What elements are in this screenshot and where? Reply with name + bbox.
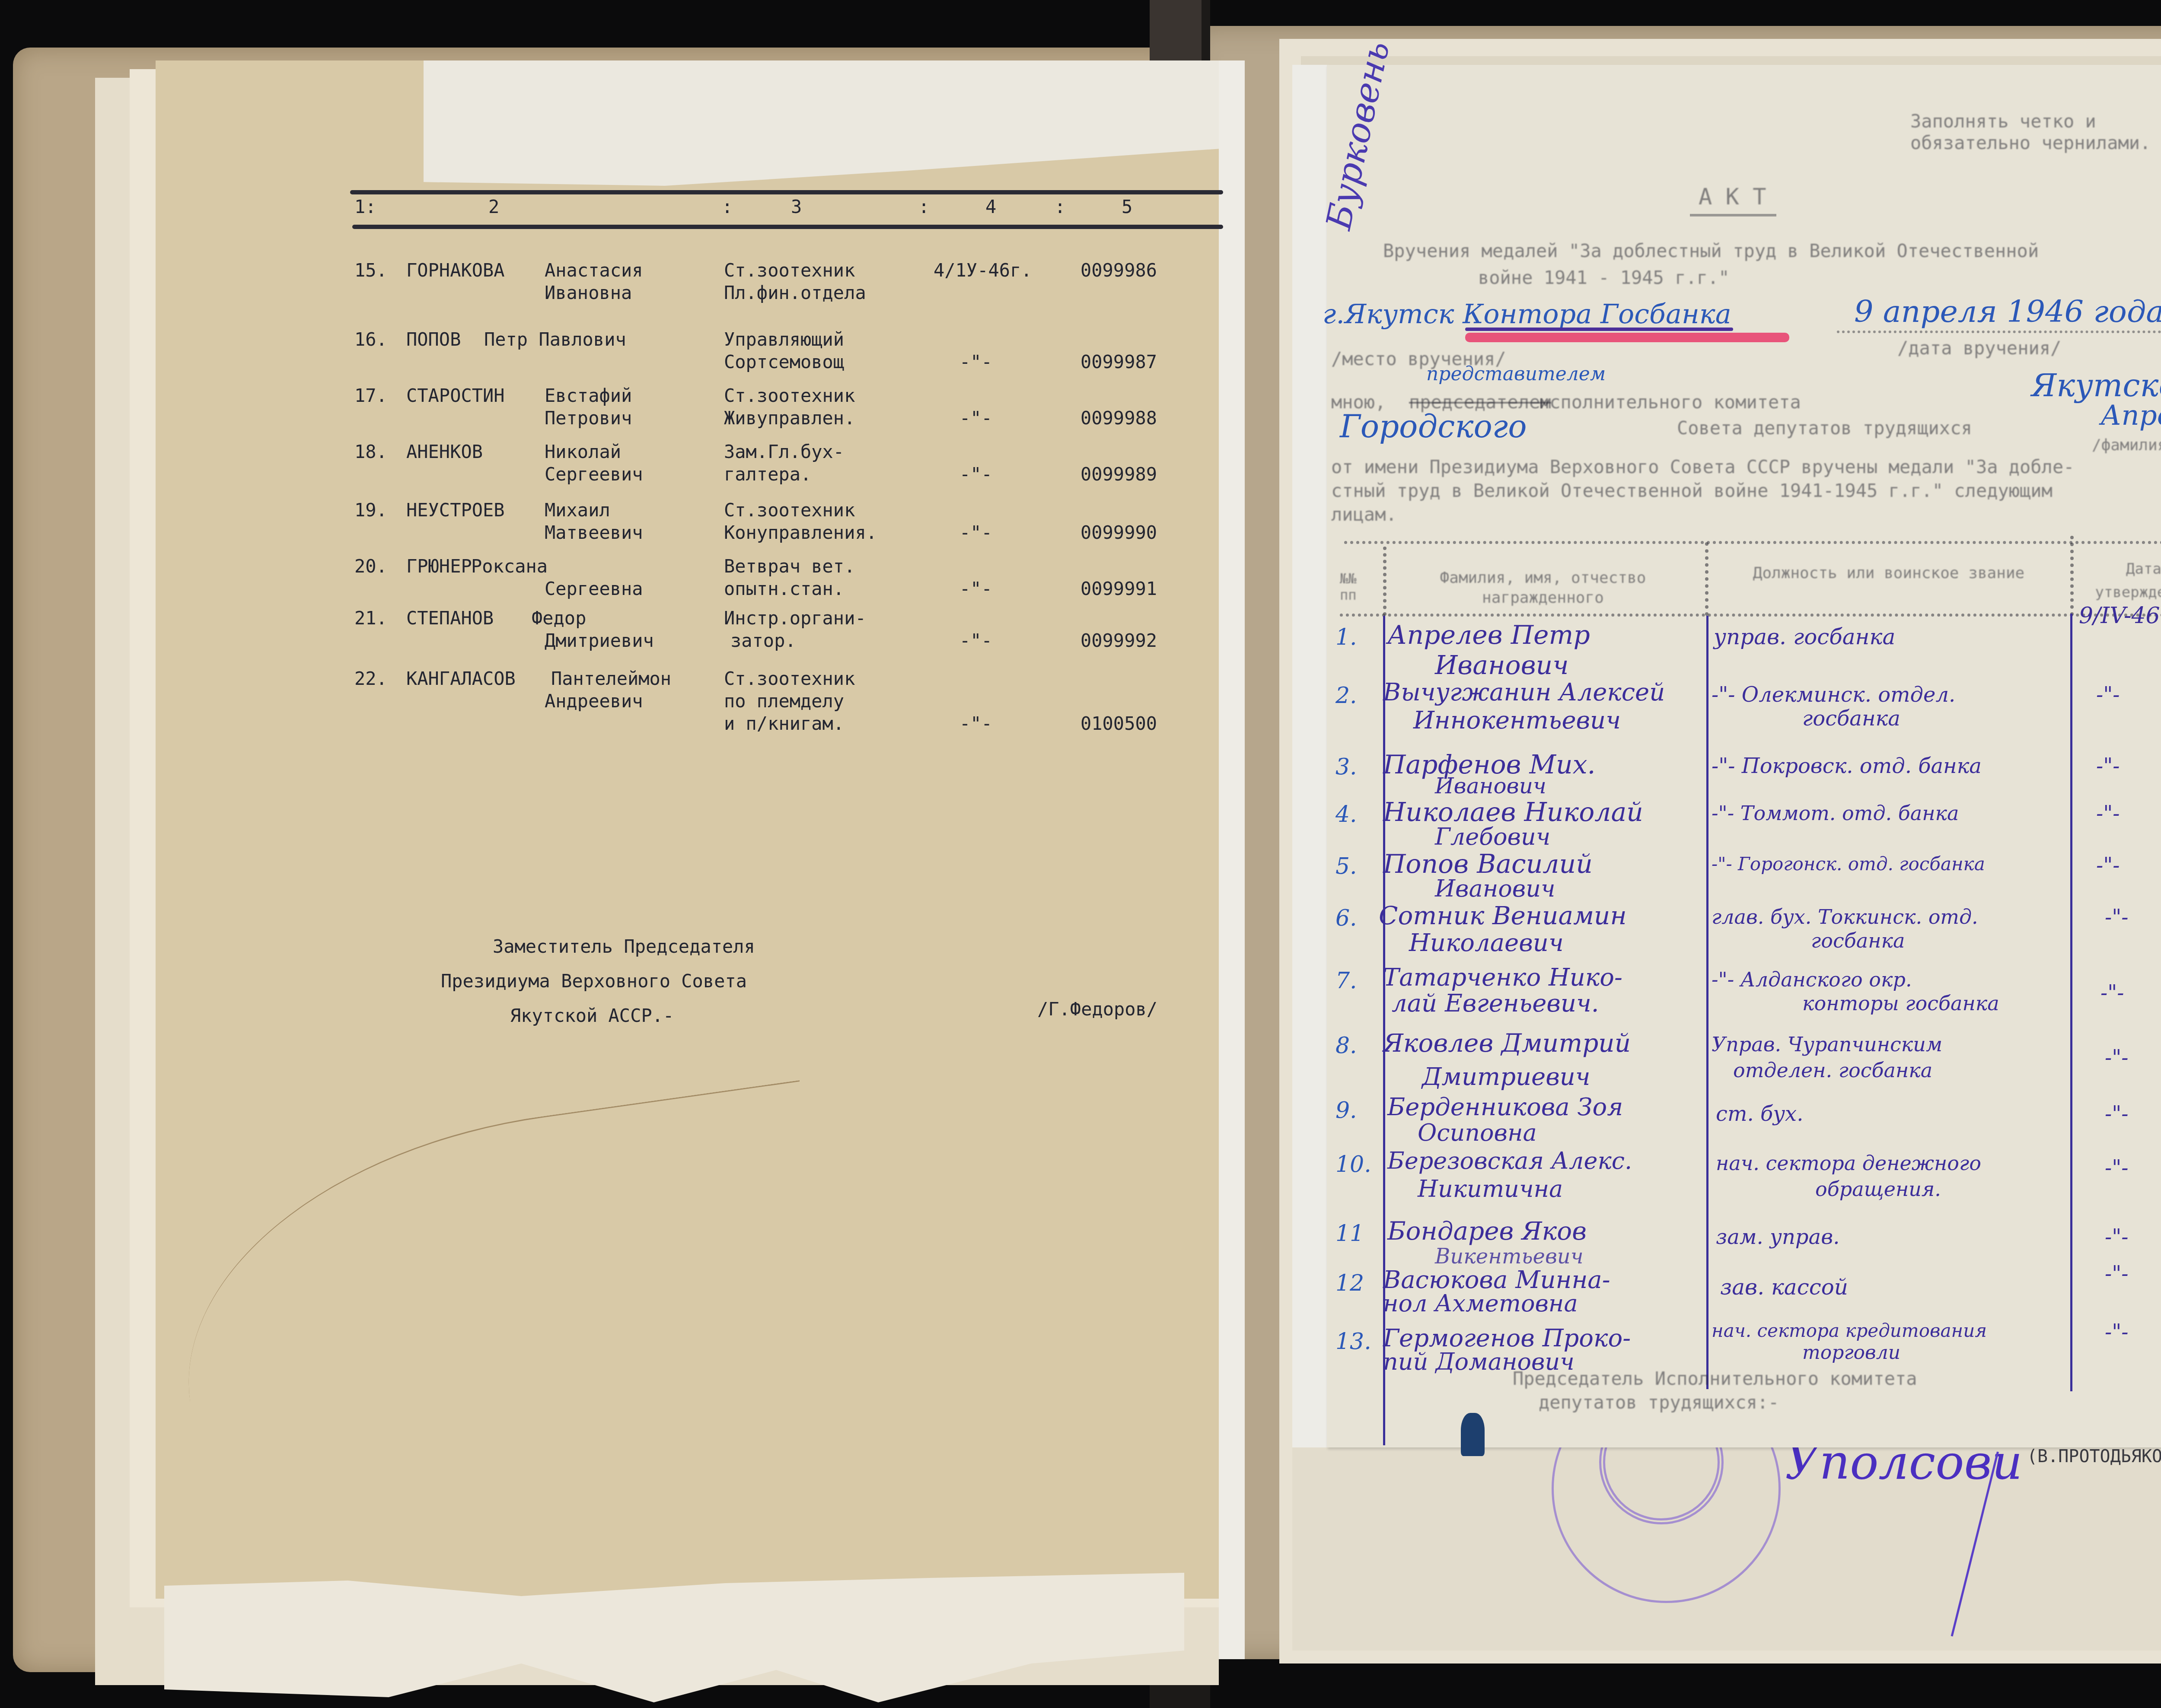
award-date: -"-	[959, 519, 992, 546]
date-of-award: 9 апреля 1946 года	[1854, 294, 2161, 329]
certificate-number: 0099987	[1080, 349, 1157, 375]
awardee-name-cont: Иванович	[1435, 650, 1569, 681]
instruction-line2: обязательно чернилами.	[1910, 130, 2151, 156]
approval-date: -"-	[2105, 1046, 2129, 1070]
row-number: 10.	[1335, 1151, 1371, 1177]
position-cont: галтера.	[724, 461, 811, 488]
approval-date: -"-	[2100, 981, 2124, 1005]
header-num: №№ пп	[1340, 570, 1379, 603]
awardee-position: -"- Томмот. отд. банка	[1712, 802, 1959, 825]
header-col-divider	[1705, 542, 1708, 616]
col-separator-3: :	[1055, 194, 1065, 220]
surname: АНЕНКОВ	[406, 439, 483, 465]
awardee-position: нач. сектора денежного	[1716, 1151, 1981, 1175]
awardee-position: -"- Олекминск. отдел.	[1712, 683, 1955, 707]
position-cont: Сортсемовощ	[724, 349, 844, 375]
certificate-number: 0099988	[1080, 405, 1157, 432]
header-rule-bottom	[352, 225, 1223, 229]
approval-date: -"-	[2105, 1102, 2129, 1126]
award-date: -"-	[959, 710, 992, 737]
approval-date: -"-	[2096, 683, 2120, 707]
awardee-name-cont: Викентьевич	[1435, 1244, 1584, 1269]
signature-title-line2: Президиума Верховного Совета	[441, 968, 747, 995]
awardee-position-cont: обращения.	[1815, 1177, 1941, 1201]
ink-blot	[1461, 1413, 1485, 1456]
col-header-3: 3	[791, 194, 802, 220]
patronymic: Сергеевич	[545, 461, 643, 488]
left-page-edge	[1219, 60, 1245, 1659]
approval-date: -"-	[2105, 1156, 2129, 1180]
row-number: 2.	[1335, 683, 1357, 709]
row-number: 1.	[1335, 624, 1357, 650]
awardee-name-cont: нол Ахметовна	[1383, 1290, 1578, 1317]
row-number: 12	[1335, 1270, 1364, 1296]
row-number: 8.	[1335, 1033, 1357, 1059]
date-dotted-line	[1837, 331, 2161, 333]
header-rule-top	[350, 190, 1223, 194]
signature-title-line1: Заместитель Председателя	[493, 933, 755, 960]
awardee-name: Яковлев Дмитрий	[1383, 1028, 1631, 1058]
col-separator-1: :	[722, 194, 733, 220]
column-line	[2070, 614, 2072, 1391]
header-col-divider	[1383, 547, 1386, 616]
right-table-header-rule	[1340, 614, 2161, 617]
awardee-position-cont: торговли	[1802, 1342, 1900, 1364]
subtitle-line2: войне 1941 - 1945 г.г."	[1478, 264, 1730, 291]
certificate-number: 0099986	[1080, 257, 1157, 284]
awardee-position-cont: госбанка	[1811, 929, 1905, 952]
row-number: 6.	[1335, 905, 1357, 931]
surname: НЕУСТРОЕВ	[406, 497, 505, 524]
award-date: -"-	[959, 405, 992, 432]
position-cont: Конуправления.	[724, 519, 877, 546]
position-cont: опытн.стан.	[724, 576, 844, 602]
surname: ПОПОВ	[406, 326, 461, 353]
row-number: 4.	[1335, 802, 1357, 827]
position-cont-2: и п/книгам.	[724, 710, 844, 737]
certificate-number: 0099990	[1080, 519, 1157, 546]
awardee-name-cont: Осиповна	[1418, 1119, 1537, 1146]
row-number: 5.	[1335, 853, 1357, 879]
header-position: Должность или воинское звание	[1716, 562, 2062, 585]
row-number: 3.	[1335, 754, 1357, 780]
awardee-name: Сотник Вениамин	[1379, 901, 1627, 930]
header-col-divider	[2070, 536, 2074, 616]
certificate-number: 0099989	[1080, 461, 1157, 488]
row-number: 16.	[354, 326, 387, 353]
col-header-4: 4	[985, 194, 996, 220]
presenter-name: Апрелевым.	[2100, 400, 2161, 432]
awardee-position: глав. бух. Токкинск. отд.	[1712, 905, 1978, 929]
awardee-position: нач. сектора кредитования	[1712, 1320, 1987, 1341]
patronymic: Ивановна	[545, 280, 632, 306]
date-label: /дата вручения/	[1897, 335, 2061, 362]
purple-underline-mark	[1465, 328, 1733, 331]
council-text: Совета депутатов трудящихся	[1677, 415, 1972, 442]
surname: КАНГАЛАСОВ	[406, 665, 516, 692]
approval-date: -"-	[2105, 905, 2129, 929]
awardee-name-cont: лай Евгеньевич.	[1392, 989, 1599, 1018]
approval-date: -"-	[2105, 1225, 2129, 1249]
awardee-position: Управ. Чурапчинским	[1712, 1033, 1942, 1056]
row-number: 15.	[354, 257, 387, 284]
awardee-name: Бондарев Яков	[1387, 1216, 1587, 1246]
awardee-position-cont: отделен. госбанка	[1733, 1059, 1932, 1082]
awardee-position-cont: госбанка	[1802, 706, 1900, 731]
row-number: 11	[1335, 1221, 1364, 1247]
signatory-name: /Г.Федоров/	[1037, 996, 1157, 1023]
col-header-5: 5	[1122, 194, 1132, 220]
awardee-name-cont: Иванович	[1435, 875, 1555, 902]
awardee-name-cont: Глебович	[1435, 823, 1550, 850]
awardee-name: Березовская Алекс.	[1387, 1147, 1632, 1174]
row-number: 22.	[354, 665, 387, 692]
given-name: Петр Павлович	[484, 326, 626, 353]
patronymic: Сергеевна	[545, 576, 643, 602]
awardee-name: Вычугжанин Алексей	[1383, 678, 1665, 706]
awardee-name: Апрелев Петр	[1387, 620, 1590, 650]
body-line1: от имени Президиума Верховного Совета СС…	[1331, 454, 2074, 480]
awardee-name: Берденникова Зоя	[1387, 1093, 1623, 1121]
patronymic: Матвеевич	[545, 519, 643, 546]
surname: СТЕПАНОВ	[406, 605, 494, 632]
inserted-word: представителем	[1426, 363, 1606, 385]
committee-text: исполнительного комитета	[1539, 389, 1801, 416]
certificate-number: 0099991	[1080, 576, 1157, 602]
certificate-number: 0099992	[1080, 627, 1157, 654]
position-cont: затор.	[730, 627, 796, 654]
approval-date: 9/IV-46г.	[2079, 603, 2161, 629]
row-number: 19.	[354, 497, 387, 524]
row-number: 7.	[1335, 968, 1357, 994]
awardee-position: -"- Алданского окр.	[1712, 968, 1912, 991]
awardee-name-cont: Никитична	[1418, 1175, 1563, 1202]
surname: СТАРОСТИН	[406, 382, 505, 409]
position-cont: Живуправлен.	[724, 405, 855, 432]
given-name: Роксана	[471, 553, 548, 580]
row-number: 13.	[1335, 1329, 1371, 1355]
header-date: Дата утверждения	[2075, 557, 2161, 604]
row-number: 21.	[354, 605, 387, 632]
chairman-title-line1: Председатель Исполнительного комитета	[1513, 1365, 1917, 1392]
awardee-position: -"- Покровск. отд. банка	[1712, 754, 1982, 778]
col-header-2: 2	[488, 194, 499, 220]
award-date: -"-	[959, 349, 992, 375]
position-cont: Пл.фин.отдела	[724, 280, 866, 306]
body-line2: стный труд в Великой Отечественной войне…	[1331, 477, 2053, 504]
document-title: А К Т	[1699, 184, 1766, 210]
council-type: Городского	[1340, 408, 1527, 445]
awardee-position: -"- Горогонск. отд. госбанка	[1712, 853, 1985, 875]
right-table-top-rule	[1344, 541, 2161, 544]
patronymic: Петрович	[545, 405, 632, 432]
row-number: 18.	[354, 439, 387, 465]
awardee-name-cont: Иннокентьевич	[1413, 706, 1621, 735]
subtitle-line1: Вручения медалей "За доблестный труд в В…	[1383, 238, 2039, 264]
body-line3: лицам.	[1331, 501, 1397, 528]
signature-title-line3: Якутской АССР.-	[510, 1002, 674, 1029]
column-line	[1706, 616, 1708, 1389]
surname: ГРЮНЕР	[406, 553, 472, 580]
header-name: Фамилия, имя, отчество награжденного	[1392, 568, 1694, 608]
approval-date: -"-	[2105, 1262, 2129, 1286]
col-header-1: 1:	[354, 194, 376, 220]
place-of-award: г.Якутск Контора Госбанка	[1323, 298, 1731, 330]
award-date: -"-	[959, 461, 992, 488]
patronymic: Дмитриевич	[545, 627, 654, 654]
approval-date: -"-	[2105, 1320, 2129, 1344]
approval-date: -"-	[2096, 754, 2120, 778]
row-number: 9.	[1335, 1097, 1357, 1123]
awardee-position: управ. госбанка	[1714, 624, 1895, 649]
approval-date: -"-	[2096, 802, 2120, 826]
awardee-position: ст. бух.	[1716, 1102, 1803, 1126]
row-number: 20.	[354, 553, 387, 580]
awardee-position: зав. кассой	[1720, 1275, 1848, 1300]
awardee-position: зам. управ.	[1716, 1225, 1839, 1249]
awardee-position-cont: конторы госбанка	[1802, 992, 1999, 1015]
surname: ГОРНАКОВА	[406, 257, 505, 284]
presenter-label: /фамилия, инициалы/	[2092, 432, 2161, 459]
committee-city: Якутского	[2031, 367, 2161, 404]
awardee-name-cont: Николаевич	[1409, 929, 1564, 957]
chairman-title-line2: депутатов трудящихся:-	[1539, 1389, 1779, 1416]
patronymic: Андреевич	[545, 688, 643, 715]
col-separator-2: :	[918, 194, 929, 220]
awardee-name-cont: Дмитриевич	[1422, 1063, 1590, 1091]
row-number: 17.	[354, 382, 387, 409]
red-underline-mark	[1465, 333, 1789, 342]
award-date: -"-	[959, 627, 992, 654]
awardee-name: Татарченко Нико-	[1383, 964, 1622, 992]
approval-date: -"-	[2096, 853, 2120, 878]
awardee-name-cont: Иванович	[1435, 773, 1546, 798]
right-page-margin-strip	[1292, 65, 1327, 1447]
award-date: 4/1У-46г.	[934, 257, 1032, 284]
award-date: -"-	[959, 576, 992, 602]
title-underline	[1690, 214, 1776, 216]
certificate-number: 0100500	[1080, 710, 1157, 737]
